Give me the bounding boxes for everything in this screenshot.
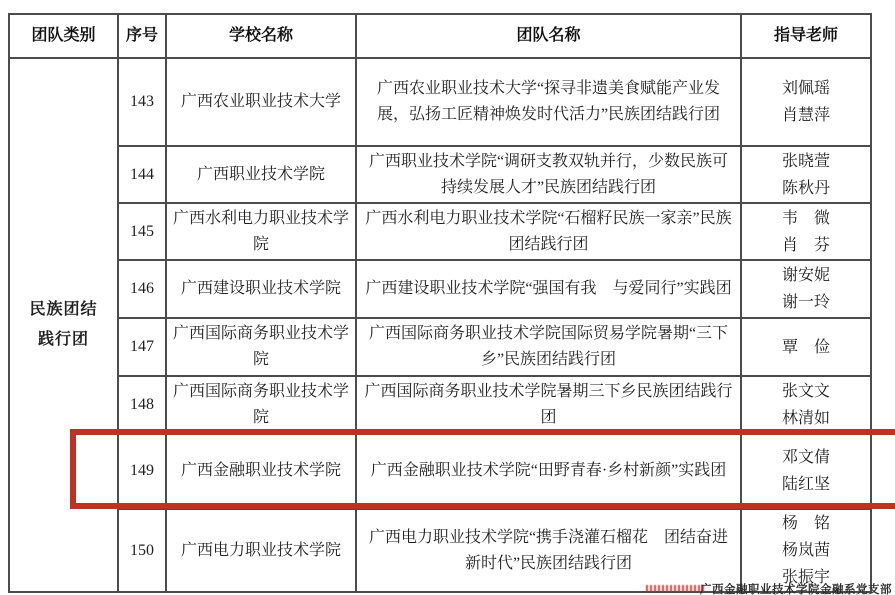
school-cell: 广西金融职业技术学院 (166, 433, 356, 509)
header-category: 团队类别 (9, 14, 118, 58)
team-cell: 广西建设职业技术学院“强国有我 与爱同行”实践团 (356, 260, 741, 318)
team-cell: 广西农业职业技术大学“探寻非遗美食赋能产业发展，弘扬工匠精神焕发时代活力”民族团… (356, 58, 741, 146)
teacher-name: 杨 铭 (748, 510, 864, 537)
category-merged-cell: 民族团结 践行团 (9, 58, 118, 592)
school-cell: 广西农业职业技术大学 (166, 58, 356, 146)
team-cell: 广西电力职业技术学院“携手浇灌石榴花 团结奋进新时代”民族团结践行团 (356, 509, 741, 592)
header-serial: 序号 (118, 14, 166, 58)
teacher-cell: 邓文倩 陆红坚 (741, 433, 871, 509)
teacher-name: 肖慧萍 (748, 102, 864, 129)
teacher-name: 杨岚茜 (748, 537, 864, 564)
serial-cell: 149 (118, 433, 166, 509)
serial-cell: 146 (118, 260, 166, 318)
teacher-name: 韦 微 (748, 205, 864, 232)
teacher-name: 肖 芬 (748, 232, 864, 259)
teacher-name: 谢一玲 (748, 289, 864, 316)
serial-cell: 144 (118, 146, 166, 203)
serial-cell: 150 (118, 509, 166, 592)
footer-watermark-text: 广西金融职业技术学院金融系党支部 (700, 581, 892, 595)
serial-cell: 148 (118, 376, 166, 433)
team-cell: 广西水利电力职业技术学院“石榴籽民族一家亲”民族团结践行团 (356, 203, 741, 260)
red-stamp-watermark (646, 585, 706, 592)
team-cell: 广西职业技术学院“调研支教双轨并行，少数民族可持续发展人才”民族团结践行团 (356, 146, 741, 203)
table-row: 150 广西电力职业技术学院 广西电力职业技术学院“携手浇灌石榴花 团结奋进新时… (9, 509, 871, 592)
teacher-name: 刘佩瑶 (748, 75, 864, 102)
school-cell: 广西职业技术学院 (166, 146, 356, 203)
team-cell: 广西金融职业技术学院“田野青春·乡村新颜”实践团 (356, 433, 741, 509)
team-cell: 广西国际商务职业技术学院国际贸易学院暑期“三下乡”民族团结践行团 (356, 318, 741, 376)
category-label-line2: 践行团 (16, 325, 111, 355)
teacher-cell: 张文文 林清如 (741, 376, 871, 433)
header-teacher: 指导老师 (741, 14, 871, 58)
category-label-line1: 民族团结 (16, 295, 111, 325)
school-cell: 广西国际商务职业技术学院 (166, 318, 356, 376)
teacher-cell: 刘佩瑶 肖慧萍 (741, 58, 871, 146)
serial-cell: 147 (118, 318, 166, 376)
teacher-cell: 谢安妮 谢一玲 (741, 260, 871, 318)
teacher-name: 张文文 (748, 378, 864, 405)
teacher-cell: 覃 俭 (741, 318, 871, 376)
table-row: 147 广西国际商务职业技术学院 广西国际商务职业技术学院国际贸易学院暑期“三下… (9, 318, 871, 376)
teacher-name: 林清如 (748, 405, 864, 432)
table-row: 144 广西职业技术学院 广西职业技术学院“调研支教双轨并行，少数民族可持续发展… (9, 146, 871, 203)
teacher-name: 谢安妮 (748, 262, 864, 289)
table-row: 146 广西建设职业技术学院 广西建设职业技术学院“强国有我 与爱同行”实践团 … (9, 260, 871, 318)
school-cell: 广西国际商务职业技术学院 (166, 376, 356, 433)
header-team: 团队名称 (356, 14, 741, 58)
table-row: 民族团结 践行团 143 广西农业职业技术大学 广西农业职业技术大学“探寻非遗美… (9, 58, 871, 146)
teacher-cell: 张晓萱 陈秋丹 (741, 146, 871, 203)
school-cell: 广西建设职业技术学院 (166, 260, 356, 318)
header-school: 学校名称 (166, 14, 356, 58)
teacher-cell: 韦 微 肖 芬 (741, 203, 871, 260)
table-row: 145 广西水利电力职业技术学院 广西水利电力职业技术学院“石榴籽民族一家亲”民… (9, 203, 871, 260)
table-row-highlighted: 149 广西金融职业技术学院 广西金融职业技术学院“田野青春·乡村新颜”实践团 … (9, 433, 871, 509)
teacher-name: 覃 俭 (748, 334, 864, 361)
school-cell: 广西电力职业技术学院 (166, 509, 356, 592)
serial-cell: 143 (118, 58, 166, 146)
teacher-name: 邓文倩 (748, 444, 864, 471)
serial-cell: 145 (118, 203, 166, 260)
team-cell: 广西国际商务职业技术学院暑期三下乡民族团结践行团 (356, 376, 741, 433)
school-cell: 广西水利电力职业技术学院 (166, 203, 356, 260)
teacher-cell: 杨 铭 杨岚茜 张振宇 (741, 509, 871, 592)
table-header-row: 团队类别 序号 学校名称 团队名称 指导老师 (9, 14, 871, 58)
teacher-name: 张晓萱 (748, 148, 864, 175)
teacher-name: 陈秋丹 (748, 175, 864, 202)
award-list-table: 团队类别 序号 学校名称 团队名称 指导老师 民族团结 践行团 143 广西农业… (8, 13, 872, 593)
table-row: 148 广西国际商务职业技术学院 广西国际商务职业技术学院暑期三下乡民族团结践行… (9, 376, 871, 433)
teacher-name: 陆红坚 (748, 471, 864, 498)
